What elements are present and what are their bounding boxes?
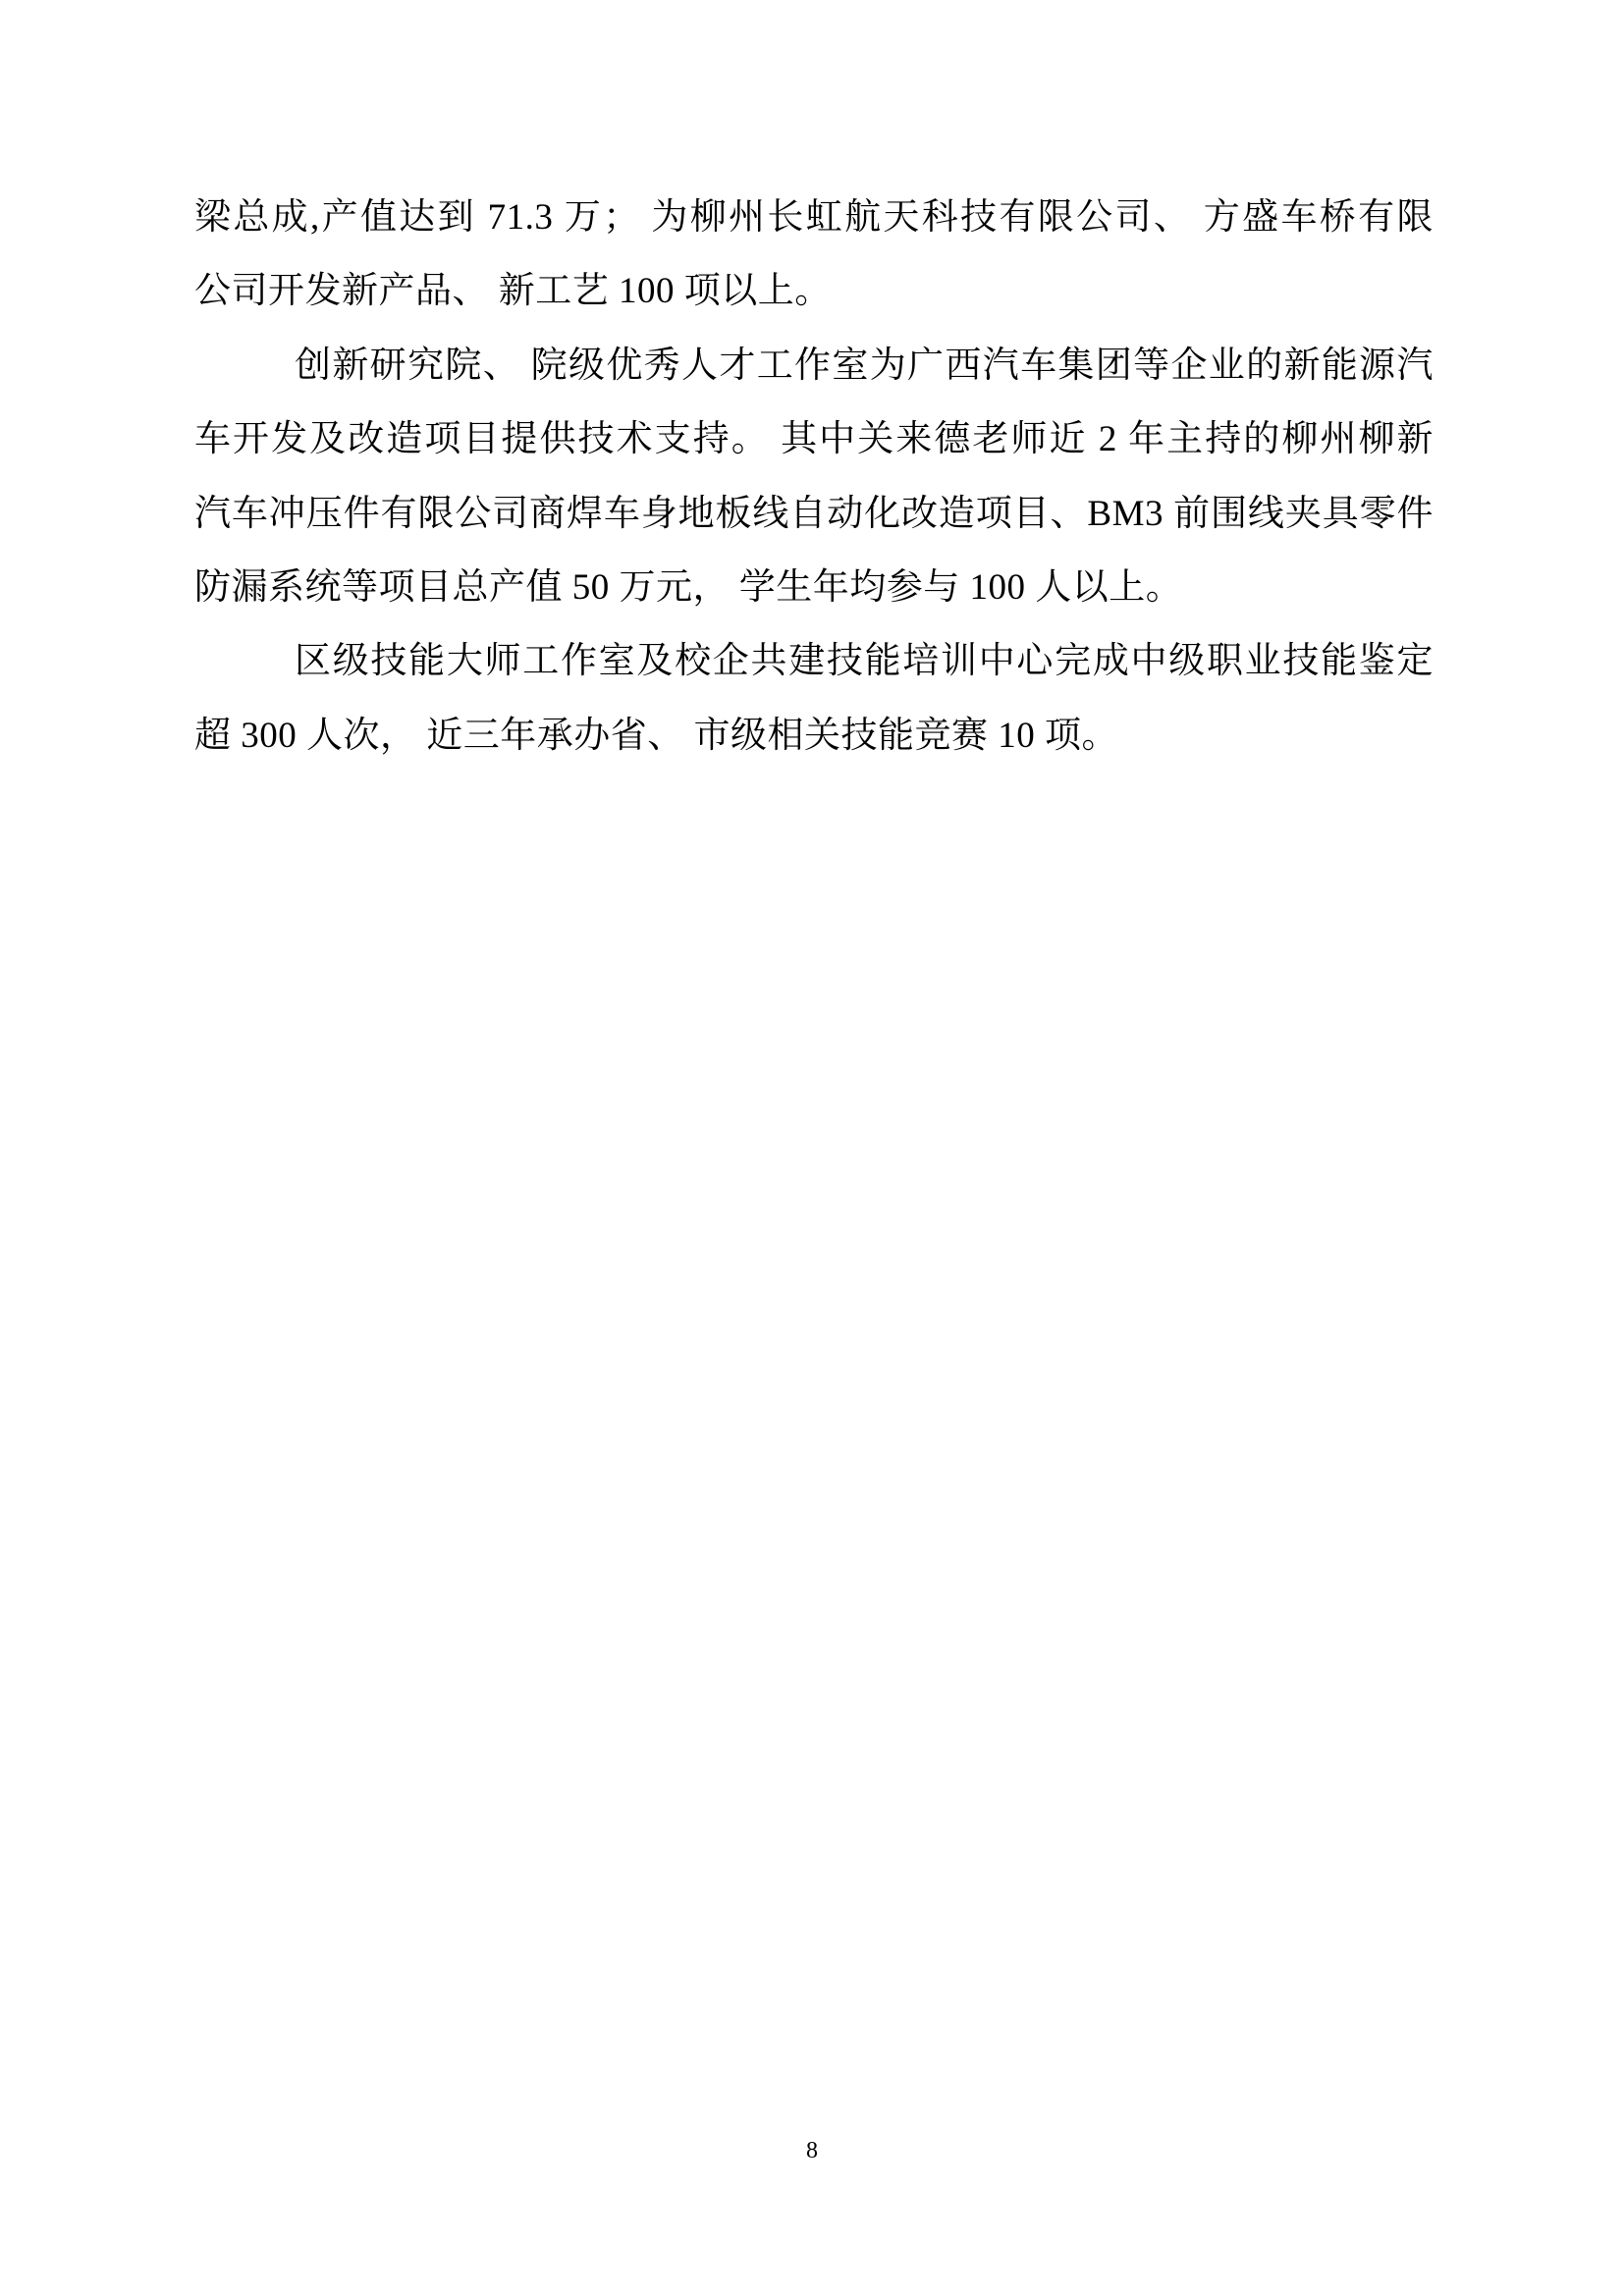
paragraph-2-line-2: 车开发及改造项目提供技术支持。 其中关来德老师近 2 年主持的柳州柳新 [194, 402, 1434, 476]
paragraph-3-line-2: 超 300 人次， 近三年承办省、 市级相关技能竞赛 10 项。 [194, 699, 1434, 773]
paragraph-3-line-1: 区级技能大师工作室及校企共建技能培训中心完成中级职业技能鉴定 [194, 624, 1434, 698]
paragraph-2-line-1: 创新研究院、 院级优秀人才工作室为广西汽车集团等企业的新能源汽 [194, 329, 1434, 402]
page-body: 梁总成,产值达到 71.3 万； 为柳州长虹航天科技有限公司、 方盛车桥有限 公… [194, 181, 1434, 773]
paragraph-1-line-1: 梁总成,产值达到 71.3 万； 为柳州长虹航天科技有限公司、 方盛车桥有限 [194, 181, 1434, 254]
paragraph-2-line-3: 汽车冲压件有限公司商焊车身地板线自动化改造项目、BM3 前围线夹具零件 [194, 477, 1434, 551]
page-number: 8 [0, 2136, 1624, 2165]
paragraph-2-line-4: 防漏系统等项目总产值 50 万元， 学生年均参与 100 人以上。 [194, 551, 1434, 624]
document-page: 梁总成,产值达到 71.3 万； 为柳州长虹航天科技有限公司、 方盛车桥有限 公… [0, 0, 1624, 2296]
paragraph-1-line-2: 公司开发新产品、 新工艺 100 项以上。 [194, 254, 1434, 328]
